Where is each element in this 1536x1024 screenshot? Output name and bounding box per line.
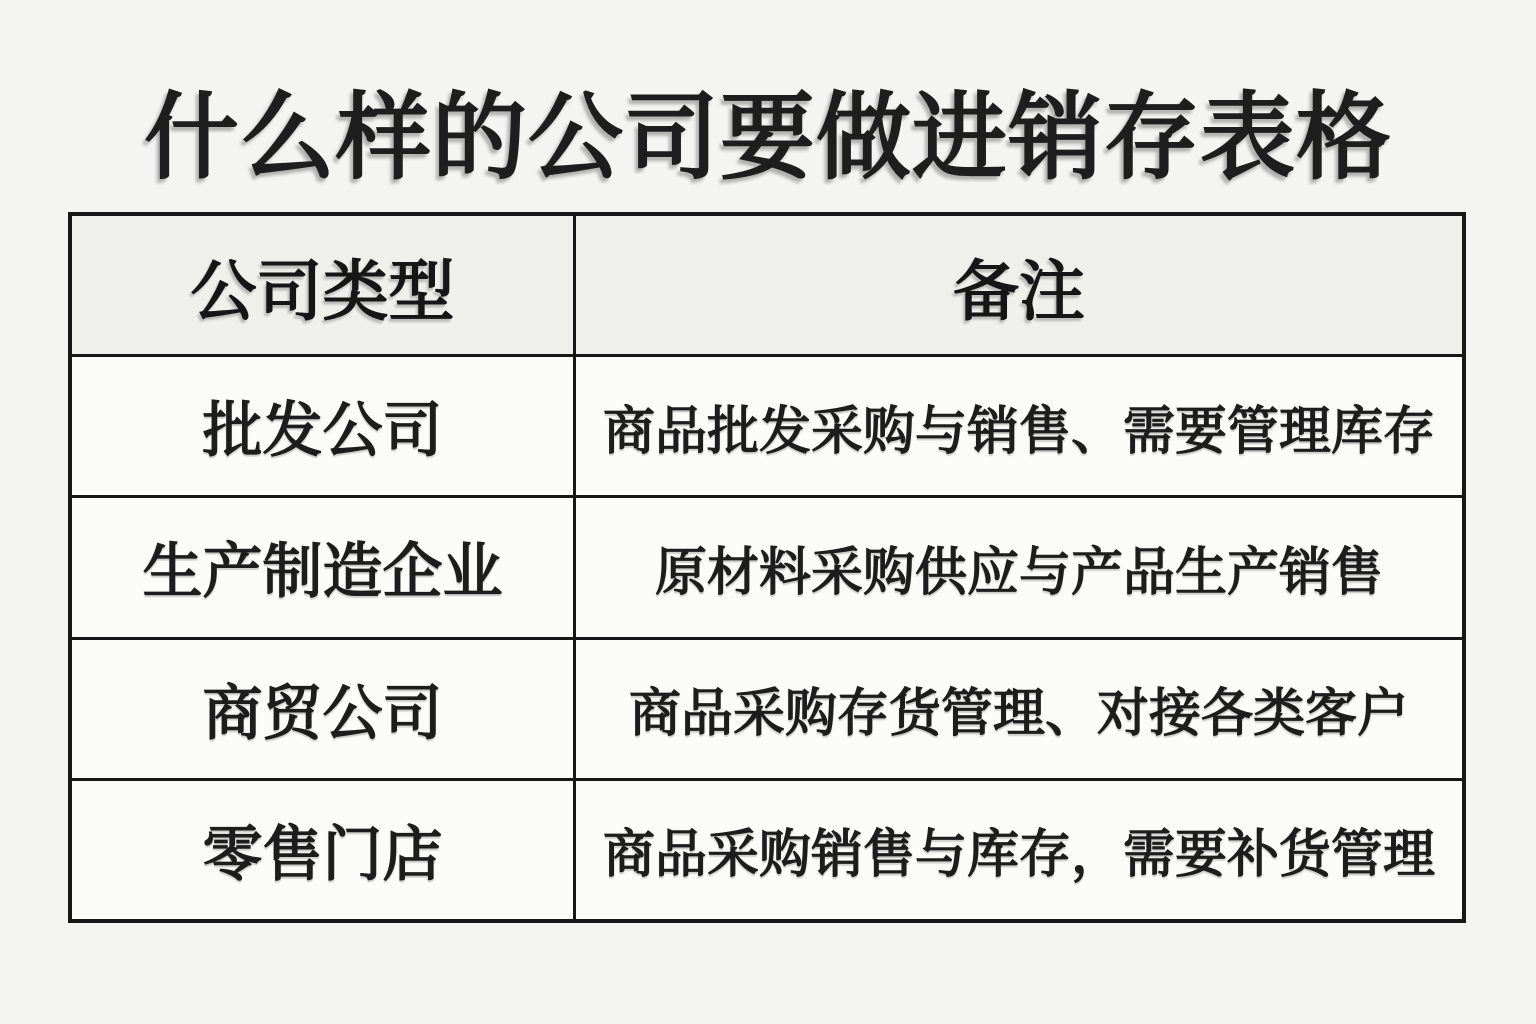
page-title: 什么样的公司要做进销存表格 [0, 62, 1536, 198]
company-type-cell: 商贸公司 [72, 640, 573, 778]
remark-cell: 原材料采购供应与产品生产销售 [576, 498, 1462, 636]
header-cell-remark: 备注 [576, 216, 1462, 354]
company-type-cell: 零售门店 [72, 781, 573, 919]
remark-cell: 商品采购存货管理、对接各类客户 [576, 640, 1462, 778]
header-cell-company-type: 公司类型 [72, 216, 573, 354]
remark-cell: 商品批发采购与销售、需要管理库存 [576, 357, 1462, 495]
company-type-cell: 批发公司 [72, 357, 573, 495]
remark-cell: 商品采购销售与库存，需要补货管理 [576, 781, 1462, 919]
company-type-cell: 生产制造企业 [72, 498, 573, 636]
company-table: 公司类型 备注 批发公司 商品批发采购与销售、需要管理库存 生产制造企业 原材料… [68, 212, 1466, 923]
